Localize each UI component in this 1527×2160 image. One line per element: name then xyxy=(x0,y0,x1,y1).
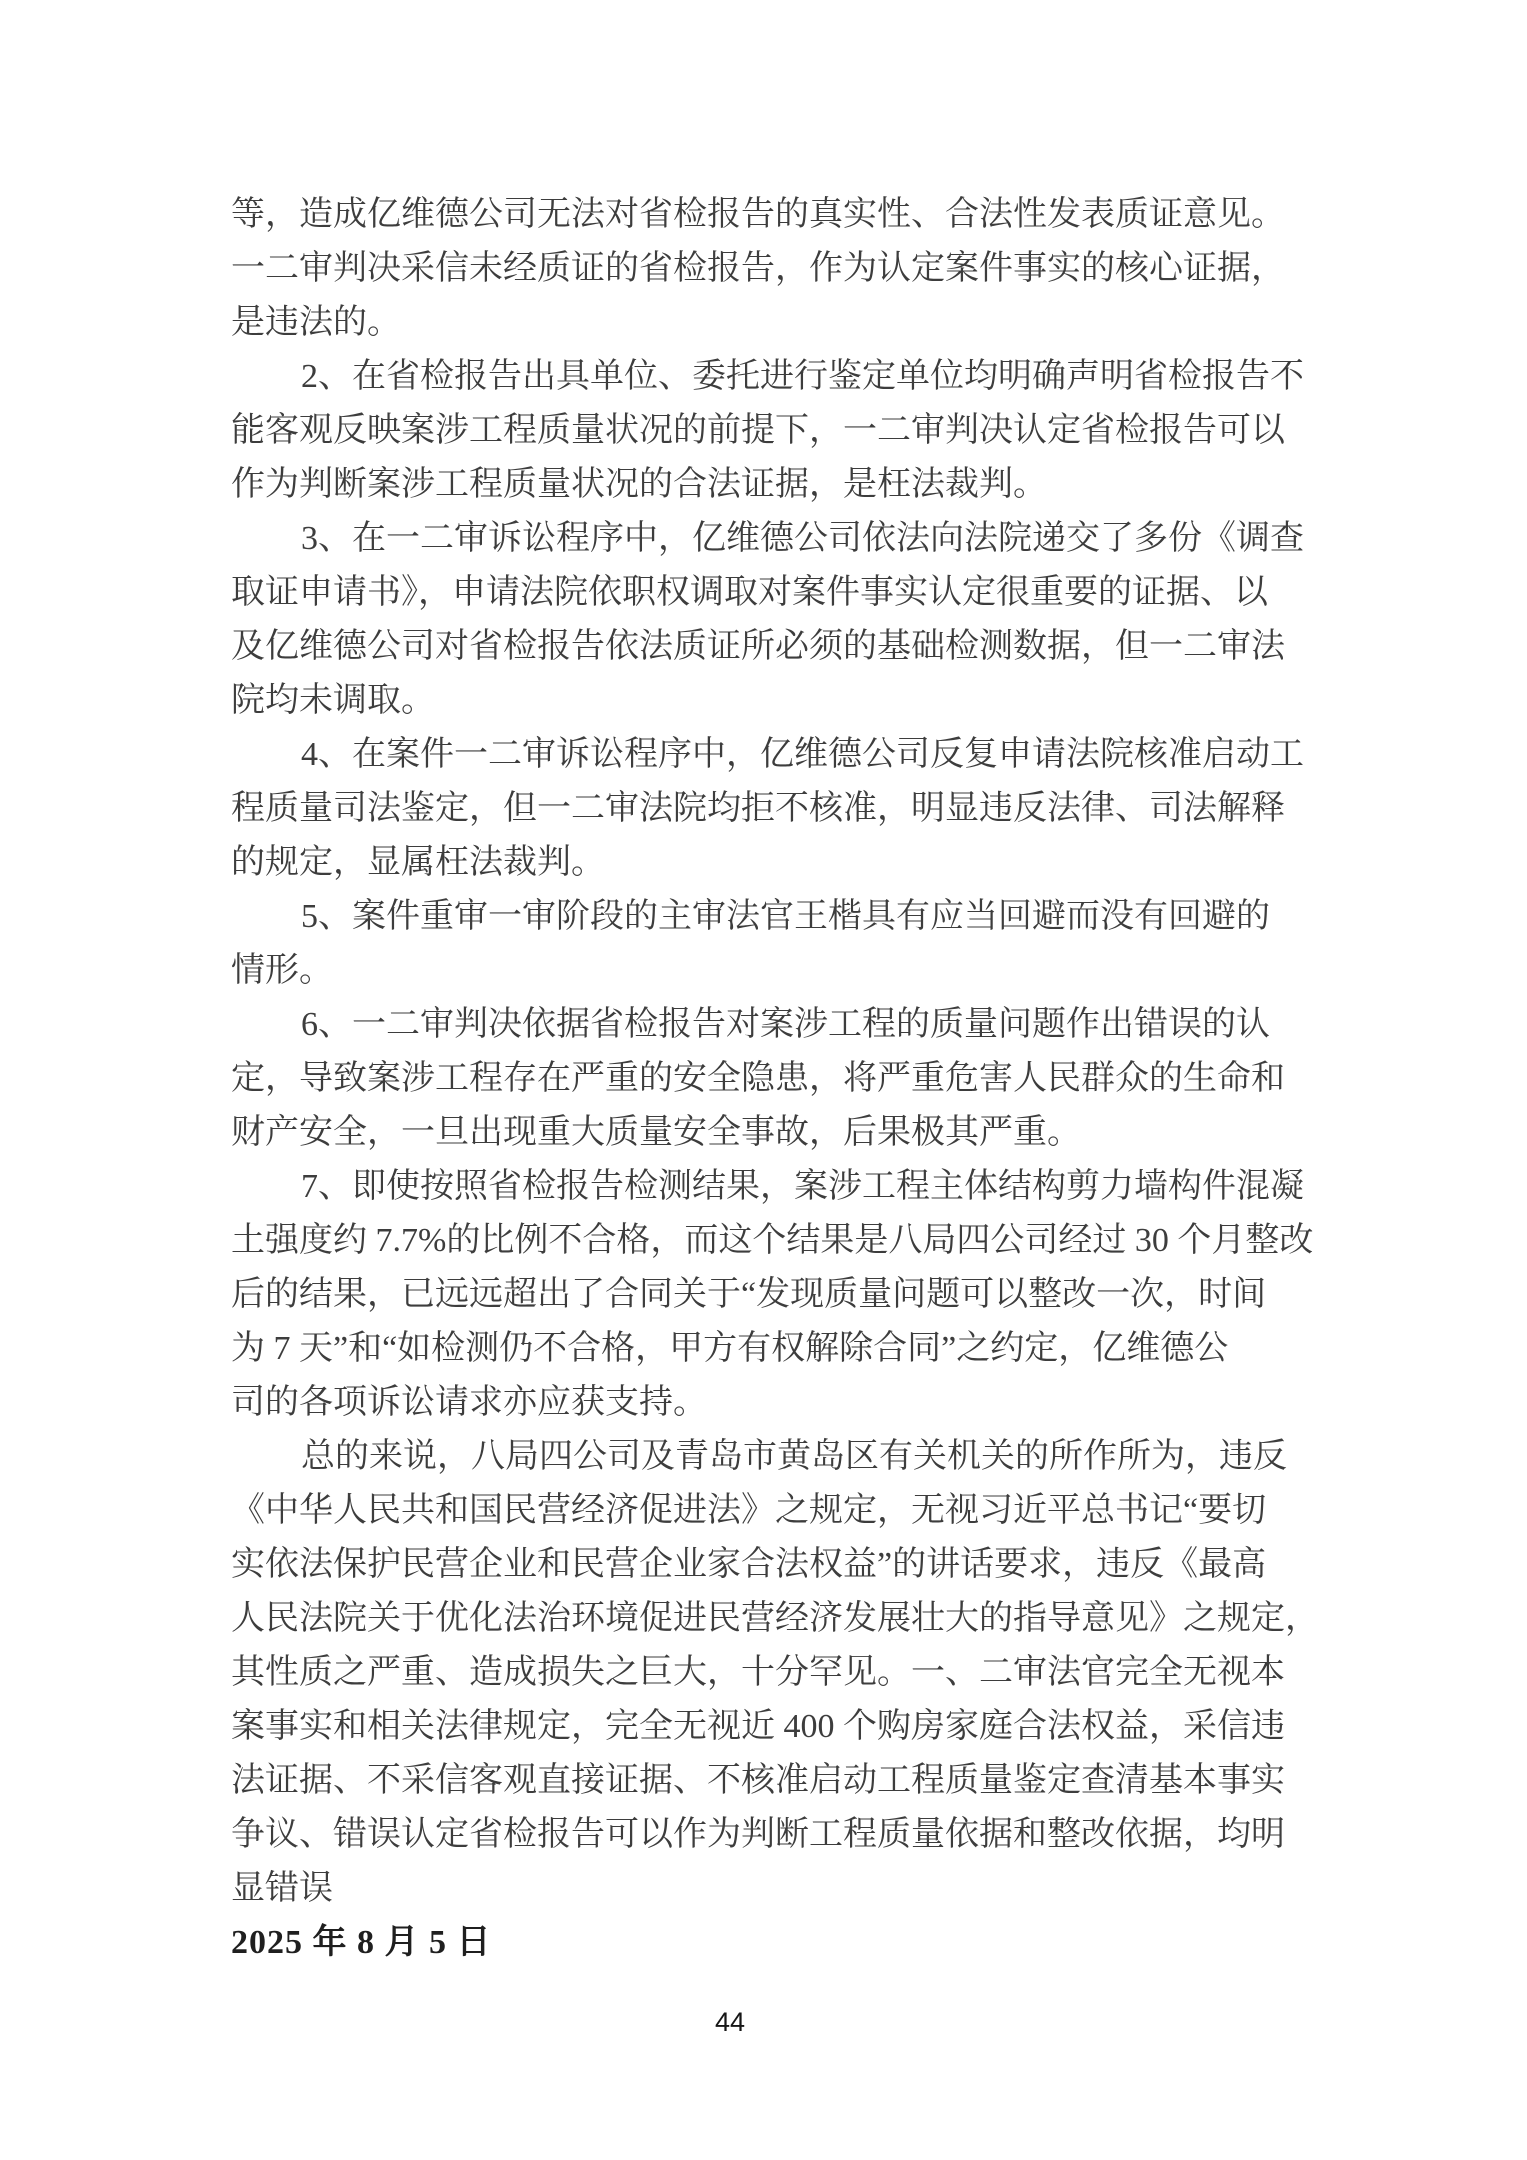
paragraph: 2、在省检报告出具单位、委托进行鉴定单位均明确声明省检报告不能客观反映案涉工程质… xyxy=(231,350,1401,512)
page-number: 44 xyxy=(715,2007,745,2037)
paragraph: 3、在一二审诉讼程序中，亿维德公司依法向法院递交了多份《调查取证申请书》，申请法… xyxy=(231,512,1401,728)
text-line: 6、一二审判决依据省检报告对案涉工程的质量问题作出错误的认 xyxy=(231,998,1401,1052)
text-line: 土强度约 7.7%的比例不合格，而这个结果是八局四公司经过 30 个月整改 xyxy=(231,1214,1401,1268)
text-line: 案事实和相关法律规定，完全无视近 400 个购房家庭合法权益，采信违 xyxy=(231,1700,1401,1754)
text-line: 院均未调取。 xyxy=(231,674,1401,728)
text-line: 作为判断案涉工程质量状况的合法证据，是枉法裁判。 xyxy=(231,458,1401,512)
paragraph: 总的来说，八局四公司及青岛市黄岛区有关机关的所作所为，违反《中华人民共和国民营经… xyxy=(231,1430,1401,1916)
text-line: 7、即使按照省检报告检测结果，案涉工程主体结构剪力墙构件混凝 xyxy=(231,1160,1401,1214)
text-line: 实依法保护民营企业和民营企业家合法权益”的讲话要求，违反《最高 xyxy=(231,1538,1401,1592)
date-line: 2025 年 8 月 5 日 xyxy=(231,1916,1401,1970)
text-line: 后的结果，已远远超出了合同关于“发现质量问题可以整改一次，时间 xyxy=(231,1268,1401,1322)
text-line: 的规定，显属枉法裁判。 xyxy=(231,836,1401,890)
page-footer: 44 xyxy=(0,2006,1460,2038)
paragraph: 6、一二审判决依据省检报告对案涉工程的质量问题作出错误的认定，导致案涉工程存在严… xyxy=(231,998,1401,1160)
text-line: 总的来说，八局四公司及青岛市黄岛区有关机关的所作所为，违反 xyxy=(231,1430,1401,1484)
text-line: 4、在案件一二审诉讼程序中，亿维德公司反复申请法院核准启动工 xyxy=(231,728,1401,782)
text-line: 司的各项诉讼请求亦应获支持。 xyxy=(231,1376,1401,1430)
document-body: 等，造成亿维德公司无法对省检报告的真实性、合法性发表质证意见。一二审判决采信未经… xyxy=(231,188,1401,1970)
paragraph: 7、即使按照省检报告检测结果，案涉工程主体结构剪力墙构件混凝土强度约 7.7%的… xyxy=(231,1160,1401,1430)
text-line: 《中华人民共和国民营经济促进法》之规定，无视习近平总书记“要切 xyxy=(231,1484,1401,1538)
text-line: 2、在省检报告出具单位、委托进行鉴定单位均明确声明省检报告不 xyxy=(231,350,1401,404)
text-line: 3、在一二审诉讼程序中，亿维德公司依法向法院递交了多份《调查 xyxy=(231,512,1401,566)
text-line: 财产安全，一旦出现重大质量安全事故，后果极其严重。 xyxy=(231,1106,1401,1160)
text-line: 法证据、不采信客观直接证据、不核准启动工程质量鉴定查清基本事实 xyxy=(231,1754,1401,1808)
paragraph: 5、案件重审一审阶段的主审法官王楷具有应当回避而没有回避的情形。 xyxy=(231,890,1401,998)
paragraph: 等，造成亿维德公司无法对省检报告的真实性、合法性发表质证意见。一二审判决采信未经… xyxy=(231,188,1401,350)
text-line: 争议、错误认定省检报告可以作为判断工程质量依据和整改依据，均明 xyxy=(231,1808,1401,1862)
text-line: 5、案件重审一审阶段的主审法官王楷具有应当回避而没有回避的 xyxy=(231,890,1401,944)
text-line: 定，导致案涉工程存在严重的安全隐患，将严重危害人民群众的生命和 xyxy=(231,1052,1401,1106)
text-line: 显错误 xyxy=(231,1862,1401,1916)
text-line: 其性质之严重、造成损失之巨大，十分罕见。一、二审法官完全无视本 xyxy=(231,1646,1401,1700)
paragraph: 4、在案件一二审诉讼程序中，亿维德公司反复申请法院核准启动工程质量司法鉴定，但一… xyxy=(231,728,1401,890)
text-line: 能客观反映案涉工程质量状况的前提下，一二审判决认定省检报告可以 xyxy=(231,404,1401,458)
text-line: 是违法的。 xyxy=(231,296,1401,350)
text-line: 程质量司法鉴定，但一二审法院均拒不核准，明显违反法律、司法解释 xyxy=(231,782,1401,836)
text-line: 等，造成亿维德公司无法对省检报告的真实性、合法性发表质证意见。 xyxy=(231,188,1401,242)
text-line: 人民法院关于优化法治环境促进民营经济发展壮大的指导意见》之规定， xyxy=(231,1592,1401,1646)
text-line: 情形。 xyxy=(231,944,1401,998)
text-line: 为 7 天”和“如检测仍不合格，甲方有权解除合同”之约定，亿维德公 xyxy=(231,1322,1401,1376)
text-line: 一二审判决采信未经质证的省检报告，作为认定案件事实的核心证据， xyxy=(231,242,1401,296)
document-page: 等，造成亿维德公司无法对省检报告的真实性、合法性发表质证意见。一二审判决采信未经… xyxy=(0,0,1527,2160)
text-line: 及亿维德公司对省检报告依法质证所必须的基础检测数据，但一二审法 xyxy=(231,620,1401,674)
text-line: 取证申请书》，申请法院依职权调取对案件事实认定很重要的证据、以 xyxy=(231,566,1401,620)
